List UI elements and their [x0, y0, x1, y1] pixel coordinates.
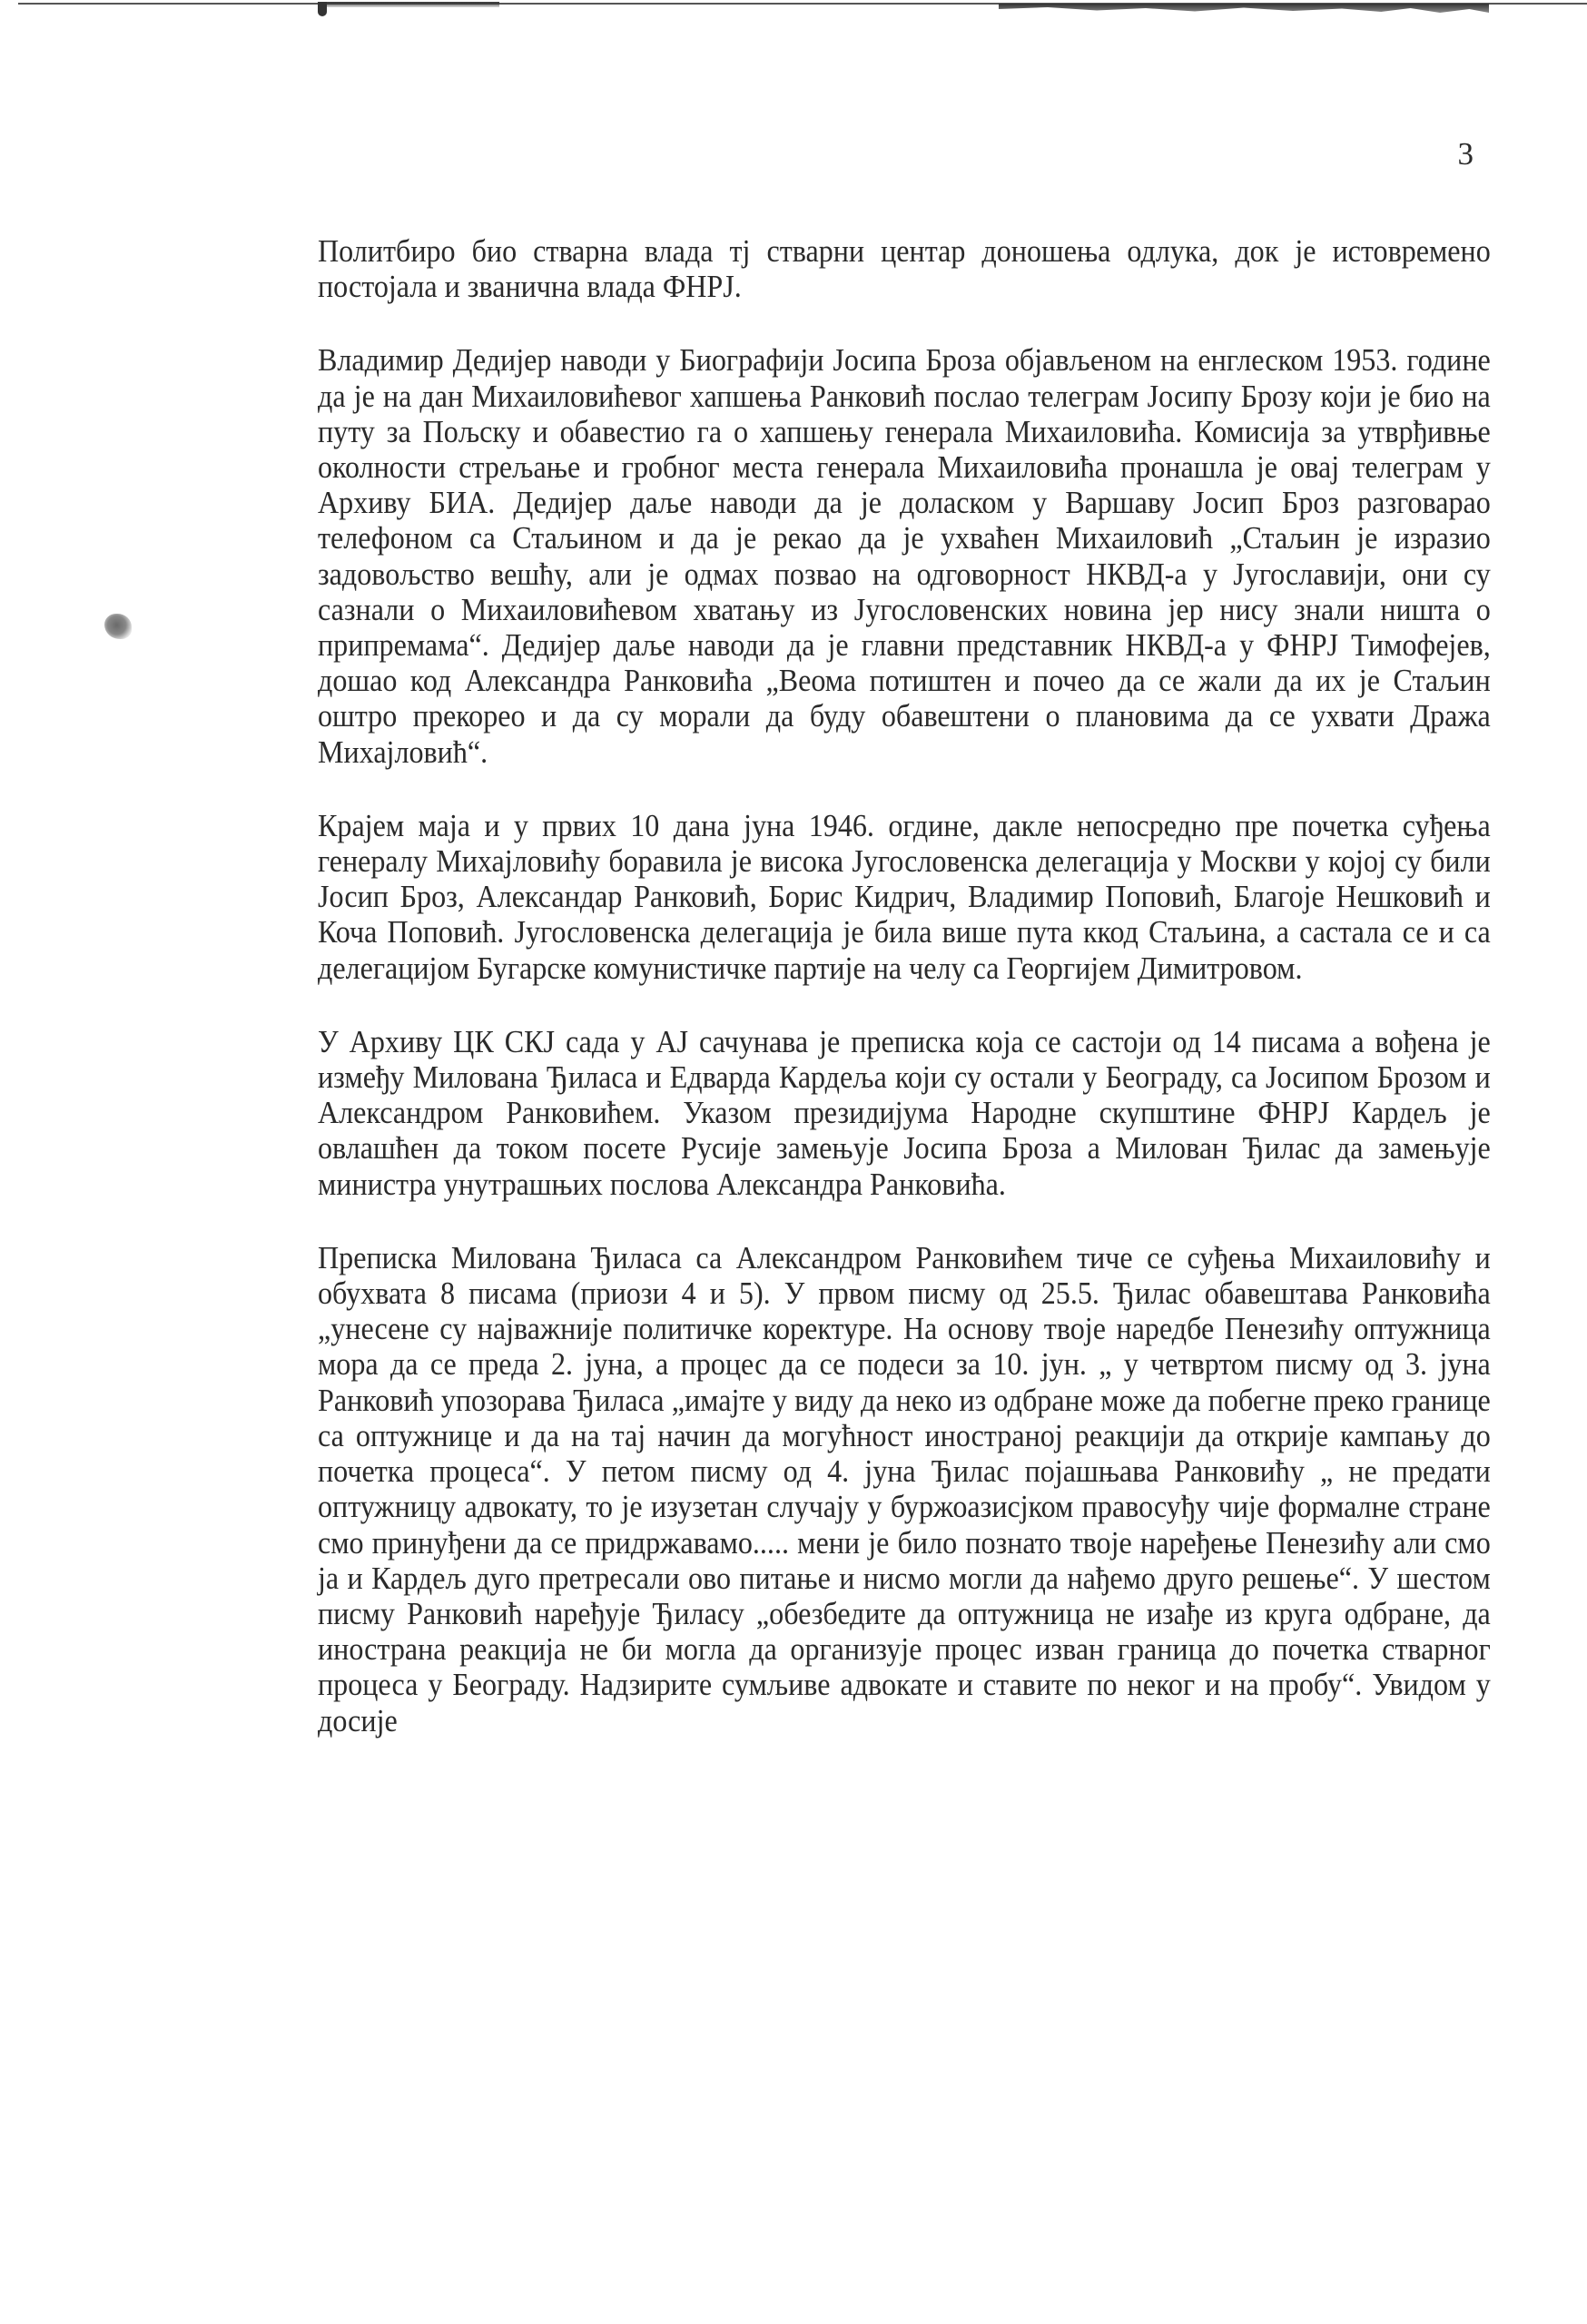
scan-artifact [318, 2, 327, 16]
paragraph: Политбиро био стварна влада тј стварни ц… [318, 234, 1491, 305]
paragraph: Преписка Милована Ђиласа са Александром … [318, 1241, 1491, 1739]
document-body: Политбиро био стварна влада тј стварни ц… [318, 234, 1491, 1777]
scan-artifact [318, 2, 499, 7]
paragraph: У Архиву ЦК СКЈ сада у АЈ сачунава је пр… [318, 1025, 1491, 1203]
page-number: 3 [1458, 138, 1474, 170]
paragraph: Владимир Дедијер наводи у Биографији Јос… [318, 343, 1491, 770]
paragraph: Крајем маја и у првих 10 дана јуна 1946.… [318, 809, 1491, 987]
ink-smudge [104, 614, 132, 639]
scan-artifact [999, 4, 1489, 13]
